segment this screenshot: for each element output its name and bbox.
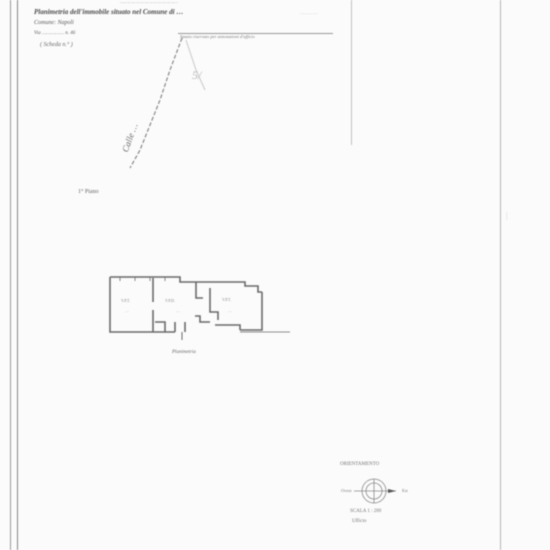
office-label: Ufficio — [352, 519, 366, 524]
compass-east-label: Est — [402, 488, 408, 493]
scanned-document: ………………………………… …………… Planimetria dell'imm… — [0, 0, 550, 550]
compass-west-label: Ovest — [341, 488, 352, 493]
scale-label: SCALA 1 : 200 — [350, 509, 381, 514]
compass-rose-icon — [0, 0, 550, 550]
